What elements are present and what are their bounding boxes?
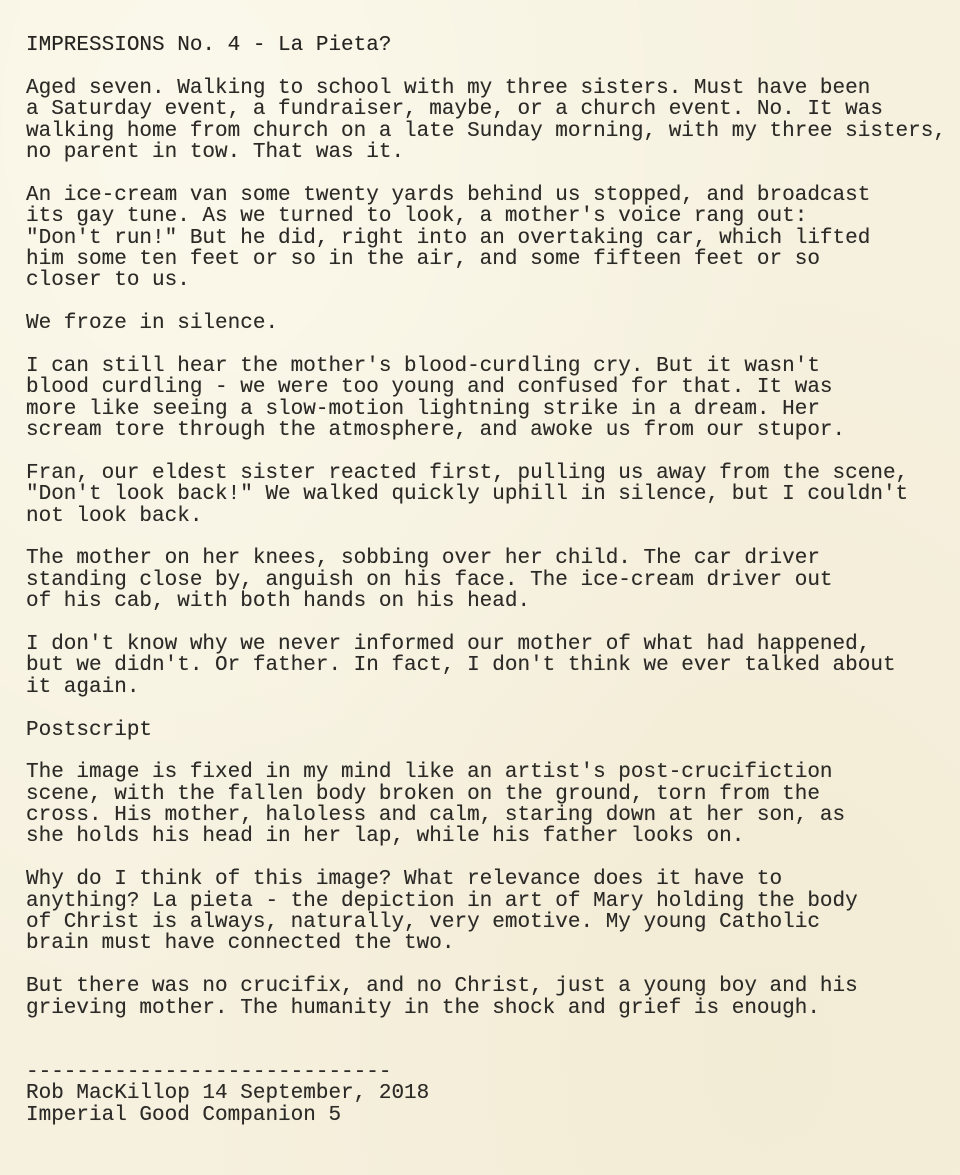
section-heading-postscript: Postscript bbox=[26, 720, 960, 741]
text-line: Why do I think of this image? What relev… bbox=[26, 869, 960, 890]
text-line: blood curdling - we were too young and c… bbox=[26, 377, 960, 398]
blank-line bbox=[26, 334, 960, 355]
blank-line bbox=[26, 1040, 960, 1061]
text-line: An ice-cream van some twenty yards behin… bbox=[26, 185, 960, 206]
text-line: scream tore through the atmosphere, and … bbox=[26, 420, 960, 441]
text-line: closer to us. bbox=[26, 270, 960, 291]
paragraph: But there was no crucifix, and no Christ… bbox=[26, 976, 960, 1019]
text-line: him some ten feet or so in the air, and … bbox=[26, 249, 960, 270]
typewritten-page: IMPRESSIONS No. 4 - La Pieta? Aged seven… bbox=[26, 35, 960, 1126]
paragraph: Fran, our eldest sister reacted first, p… bbox=[26, 463, 960, 527]
text-line: brain must have connected the two. bbox=[26, 933, 960, 954]
paragraph: I can still hear the mother's blood-curd… bbox=[26, 356, 960, 442]
text-line: walking home from church on a late Sunda… bbox=[26, 121, 960, 142]
blank-line bbox=[26, 613, 960, 634]
blank-line bbox=[26, 56, 960, 77]
text-line: "Don't look back!" We walked quickly uph… bbox=[26, 484, 960, 505]
text-line: more like seeing a slow-motion lightning… bbox=[26, 399, 960, 420]
text-line: Postscript bbox=[26, 720, 960, 741]
text-line: of his cab, with both hands on his head. bbox=[26, 591, 960, 612]
text-line: I don't know why we never informed our m… bbox=[26, 634, 960, 655]
paragraph: I don't know why we never informed our m… bbox=[26, 634, 960, 698]
blank-line bbox=[26, 698, 960, 719]
text-line: Fran, our eldest sister reacted first, p… bbox=[26, 463, 960, 484]
author-date: Rob MacKillop 14 September, 2018 bbox=[26, 1083, 960, 1104]
text-line: The mother on her knees, sobbing over he… bbox=[26, 548, 960, 569]
text-line: The image is fixed in my mind like an ar… bbox=[26, 762, 960, 783]
paragraph: We froze in silence. bbox=[26, 313, 960, 334]
text-line: of Christ is always, naturally, very emo… bbox=[26, 912, 960, 933]
blank-line bbox=[26, 163, 960, 184]
blank-line bbox=[26, 527, 960, 548]
text-line: no parent in tow. That was it. bbox=[26, 142, 960, 163]
text-line: Aged seven. Walking to school with my th… bbox=[26, 78, 960, 99]
blank-line bbox=[26, 741, 960, 762]
text-line: a Saturday event, a fundraiser, maybe, o… bbox=[26, 99, 960, 120]
text-line: "Don't run!" But he did, right into an o… bbox=[26, 228, 960, 249]
text-line: I can still hear the mother's blood-curd… bbox=[26, 356, 960, 377]
text-line: anything? La pieta - the depiction in ar… bbox=[26, 891, 960, 912]
page-title: IMPRESSIONS No. 4 - La Pieta? bbox=[26, 35, 960, 56]
paragraph: The mother on her knees, sobbing over he… bbox=[26, 548, 960, 612]
signature-block: ----------------------------- Rob MacKil… bbox=[26, 1062, 960, 1126]
blank-line bbox=[26, 441, 960, 462]
text-line: scene, with the fallen body broken on th… bbox=[26, 784, 960, 805]
typewriter-model: Imperial Good Companion 5 bbox=[26, 1105, 960, 1126]
body-text: Aged seven. Walking to school with my th… bbox=[26, 78, 960, 1019]
text-line: We froze in silence. bbox=[26, 313, 960, 334]
text-line: its gay tune. As we turned to look, a mo… bbox=[26, 206, 960, 227]
text-line: standing close by, anguish on his face. … bbox=[26, 570, 960, 591]
blank-line bbox=[26, 955, 960, 976]
paragraph: The image is fixed in my mind like an ar… bbox=[26, 762, 960, 848]
text-line: But there was no crucifix, and no Christ… bbox=[26, 976, 960, 997]
paragraph: An ice-cream van some twenty yards behin… bbox=[26, 185, 960, 292]
paragraph: Aged seven. Walking to school with my th… bbox=[26, 78, 960, 164]
text-line: grieving mother. The humanity in the sho… bbox=[26, 998, 960, 1019]
signature-rule: ----------------------------- bbox=[26, 1062, 960, 1083]
paragraph: Why do I think of this image? What relev… bbox=[26, 869, 960, 955]
text-line: it again. bbox=[26, 677, 960, 698]
blank-line bbox=[26, 292, 960, 313]
text-line: not look back. bbox=[26, 506, 960, 527]
text-line: she holds his head in her lap, while his… bbox=[26, 826, 960, 847]
blank-line bbox=[26, 1019, 960, 1040]
blank-line bbox=[26, 848, 960, 869]
text-line: but we didn't. Or father. In fact, I don… bbox=[26, 655, 960, 676]
text-line: cross. His mother, haloless and calm, st… bbox=[26, 805, 960, 826]
